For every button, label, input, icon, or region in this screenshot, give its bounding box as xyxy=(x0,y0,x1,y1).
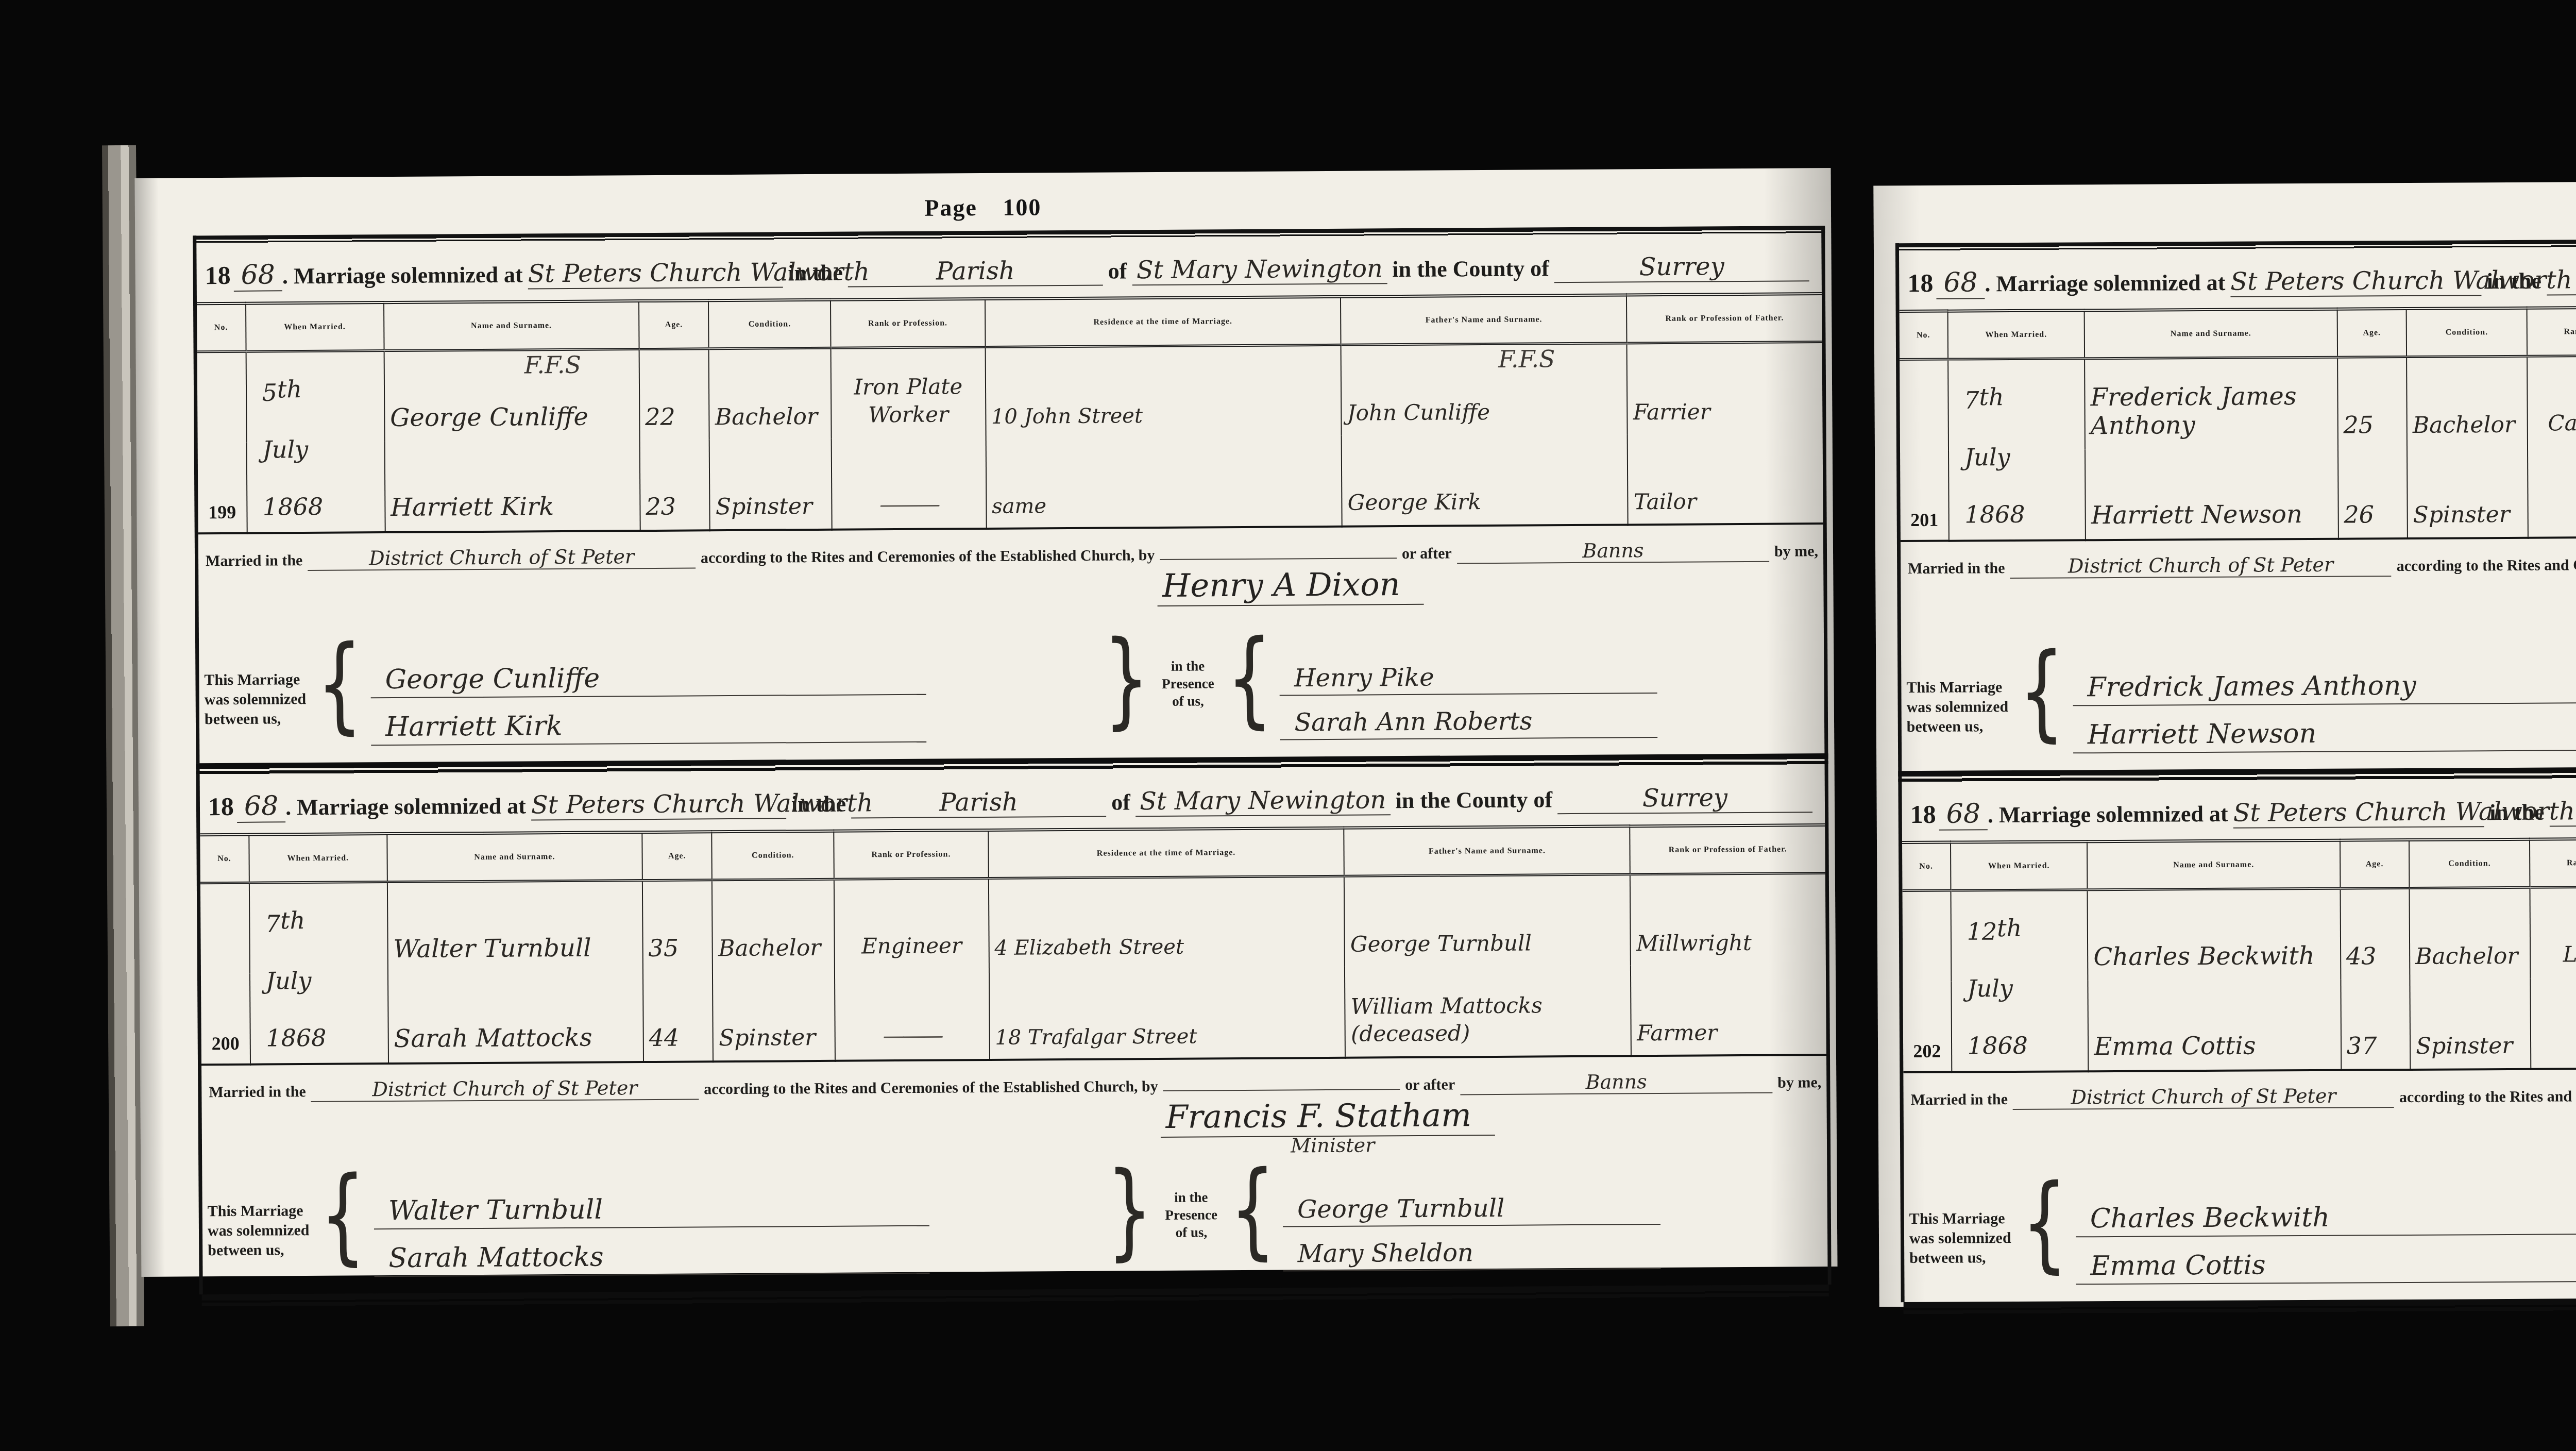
bride-signature: Sarah Mattocks xyxy=(374,1240,929,1277)
col-header-age: Age. xyxy=(2340,840,2410,888)
col-header-no: No. xyxy=(200,835,249,883)
col-header-age: Age. xyxy=(639,300,709,349)
church-blank: St Peters Church Walworth xyxy=(531,789,786,820)
handwritten-married-in: District Church of St Peter xyxy=(2068,553,2333,578)
minister-signature: Henry A Dixon xyxy=(1157,565,1424,606)
handwritten-church: St Peters Church Walworth xyxy=(528,257,870,288)
handwritten-county: Surrey xyxy=(1642,783,1728,813)
printed-rites: according to the Rites and Ceremonies of… xyxy=(2399,1086,2576,1106)
groom-father-rank-cell: Millwright xyxy=(1630,873,1826,966)
married-in-block: Married in the District Church of St Pet… xyxy=(1903,1065,2576,1167)
marriage-record-202: 18 68 . Marriage solemnized at St Peters… xyxy=(1898,763,2576,1302)
bride-rank-cell: ——— xyxy=(832,438,987,530)
church-blank: St Peters Church Walworth xyxy=(2233,797,2484,829)
minister-title: Minister xyxy=(1291,1134,1375,1157)
date-stack: 7th July 1868 xyxy=(255,902,383,1054)
register-header-line: 18 68 . Marriage solemnized at St Peters… xyxy=(196,234,1822,302)
date-month: July xyxy=(1967,974,2080,1002)
closing-brace: } xyxy=(1103,598,1150,771)
county-blank: Surrey xyxy=(1554,251,1809,283)
witness-signatures: George Turnbull Mary Sheldon xyxy=(1276,1152,1824,1274)
by-licence-blank xyxy=(1160,558,1397,560)
record-number: 202 xyxy=(1902,890,1952,1072)
by-licence-blank xyxy=(1163,1089,1400,1091)
bride-rank-cell: ——— xyxy=(835,969,990,1061)
col-header-no: No. xyxy=(197,303,246,352)
table-row-groom: 199 5th July 1868 F.F.SGeorge Cunliffe 2… xyxy=(197,342,1823,443)
register-header-line: 18 68 . Marriage solemnized at St Peters… xyxy=(1902,775,2576,841)
date-month: July xyxy=(265,966,380,994)
marriage-register-table: No. When Married. Name and Surname. Age.… xyxy=(1902,833,2576,1073)
bride-condition-cell: Spinster xyxy=(2410,978,2531,1070)
solemnized-block: This Marriage was solemnized between us,… xyxy=(199,618,1825,763)
date-stack: 5th July 1868 xyxy=(251,370,379,522)
groom-condition-cell: Bachelor xyxy=(2406,356,2528,448)
page-sections: 18 68 . Marriage solemnized at St Peters… xyxy=(1895,235,2576,1315)
bride-condition-cell: Spinster xyxy=(713,970,835,1061)
printed-year-prefix: 18 xyxy=(205,260,230,290)
printed-married-in: Married in the xyxy=(209,1083,306,1101)
witness-brace: { xyxy=(1226,597,1273,770)
col-header-no: No. xyxy=(1900,311,1948,360)
clergy-initials-note: F.F.S xyxy=(524,351,582,379)
closing-brace: } xyxy=(1106,1129,1153,1303)
this-marriage-label: This Marriage was solemnized between us, xyxy=(204,630,317,750)
col-header-condition: Condition. xyxy=(712,831,834,880)
date-day: 12th xyxy=(1967,914,2080,945)
parish-blank: St Mary Newington xyxy=(1136,785,1391,817)
when-married-cell: 12th July 1868 xyxy=(1951,890,2088,1072)
printed-or-after: or after xyxy=(1405,1076,1455,1094)
page-number-label: Page 100 xyxy=(135,168,1832,236)
printed-county-of: in the County of xyxy=(1395,786,1552,814)
date-day: 7th xyxy=(265,906,380,938)
witness-signature-1: Henry Pike xyxy=(1280,662,1657,696)
col-header-rank: Rank or Profession. xyxy=(2530,838,2576,887)
record-number: 201 xyxy=(1900,359,1949,541)
groom-father-rank-cell: Farrier xyxy=(1627,342,1823,434)
groom-father-cell: George Turnbull xyxy=(1344,874,1631,967)
area-type-blank: Parish xyxy=(851,787,1106,819)
handwritten-county: Surrey xyxy=(1639,252,1724,281)
groom-age-cell: 25 xyxy=(2337,357,2407,448)
col-header-name: Name and Surname. xyxy=(2087,840,2340,890)
col-header-residence: Residence at the time of Marriage. xyxy=(988,828,1344,879)
register-page-left: Page 100 18 68 . Marriage solemnized at … xyxy=(135,168,1838,1277)
witness-signature-2: Sarah Ann Roberts xyxy=(1280,706,1657,740)
groom-signature: Fredrick James Anthony xyxy=(2073,669,2576,706)
when-married-cell: 7th July 1868 xyxy=(249,882,388,1065)
handwritten-year: 68 xyxy=(233,259,282,292)
married-in-block: Married in the District Church of St Pet… xyxy=(1901,534,2576,636)
date-month: July xyxy=(262,435,377,463)
printed-year-prefix: 18 xyxy=(1910,799,1936,829)
banns-blank: Banns xyxy=(1457,538,1769,564)
married-in-blank: District Church of St Peter xyxy=(308,545,696,571)
groom-signature: Walter Turnbull xyxy=(374,1192,929,1230)
area-type-blank: Parish xyxy=(2547,264,2576,296)
table-row-bride: Harriett Kirk 23 Spinster ——— same Georg… xyxy=(198,433,1823,533)
col-header-condition: Condition. xyxy=(2409,839,2530,888)
bride-name-cell: Harriett Kirk xyxy=(384,440,640,532)
printed-year-prefix: 18 xyxy=(208,791,234,821)
bride-condition-cell: Spinster xyxy=(2407,447,2528,538)
handwritten-banns: Banns xyxy=(1582,539,1643,562)
col-header-when-married: When Married. xyxy=(249,834,387,883)
col-header-father-rank: Rank or Profession of Father. xyxy=(1630,825,1825,874)
handwritten-married-in: District Church of St Peter xyxy=(369,545,634,569)
handwritten-parish: St Mary Newington xyxy=(1137,254,1383,284)
witness-signature-1: George Turnbull xyxy=(1283,1193,1660,1227)
handwritten-church: St Peters Church Walworth xyxy=(531,788,873,819)
col-header-father-rank: Rank or Profession of Father. xyxy=(1626,294,1822,343)
date-day: 5th xyxy=(262,375,376,407)
col-header-age: Age. xyxy=(2337,309,2406,357)
groom-rank-cell: Laborer xyxy=(2530,887,2576,978)
bride-age-cell: 26 xyxy=(2338,448,2408,539)
groom-name-cell: Frederick James Anthony xyxy=(2084,357,2337,449)
clergy-initials-note: F.F.S xyxy=(1498,345,1555,373)
area-type-blank: Parish xyxy=(848,256,1103,288)
groom-condition-cell: Bachelor xyxy=(2410,887,2531,979)
col-header-name: Name and Surname. xyxy=(387,832,642,882)
handwritten-married-in: District Church of St Peter xyxy=(2071,1085,2336,1109)
this-marriage-label: This Marriage was solemnized between us, xyxy=(207,1161,320,1281)
page-sections: 18 68 . Marriage solemnized at St Peters… xyxy=(193,226,1832,1308)
groom-signature: George Cunliffe xyxy=(370,661,926,699)
solemnized-block: This Marriage was solemnized between us,… xyxy=(202,1150,1828,1294)
this-marriage-label: This Marriage was solemnized between us, xyxy=(1909,1169,2022,1289)
this-marriage-label: This Marriage was solemnized between us, xyxy=(1906,637,2019,757)
bride-name-cell: Sarah Mattocks xyxy=(388,971,643,1064)
col-header-no: No. xyxy=(1902,842,1951,891)
groom-father-cell: F.F.SJohn Cunliffe xyxy=(1341,343,1628,436)
printed-married-in: Married in the xyxy=(1908,560,2005,578)
married-in-block: Married in the District Church of St Pet… xyxy=(198,525,1824,628)
col-header-condition: Condition. xyxy=(708,300,831,349)
marriage-register-table: No. When Married. Name and Surname. Age.… xyxy=(1900,301,2576,542)
bride-father-cell: George Kirk xyxy=(1342,434,1628,526)
groom-rank-cell: Iron Plate Worker xyxy=(831,347,986,438)
col-header-father: Father's Name and Surname. xyxy=(1344,826,1631,876)
handwritten-area-type: Parish xyxy=(939,788,1018,817)
bride-signature: Emma Cottis xyxy=(2076,1248,2576,1285)
groom-signature: Charles Beckwith xyxy=(2076,1201,2576,1238)
date-year: 1868 xyxy=(263,492,377,520)
printed-rites: according to the Rites and Ceremonies of… xyxy=(704,1078,1158,1098)
marriage-register-table: No. When Married. Name and Surname. Age.… xyxy=(197,292,1823,534)
handwritten-married-in: District Church of St Peter xyxy=(372,1076,637,1101)
groom-residence-cell: 4 Elizabeth Street xyxy=(988,876,1345,969)
bride-age-cell: 23 xyxy=(639,440,710,531)
printed-marriage-solemnized: . Marriage solemnized at xyxy=(1985,269,2225,297)
printed-or-after: or after xyxy=(1402,545,1452,563)
handwritten-banns: Banns xyxy=(1586,1070,1647,1093)
groom-age-cell: 43 xyxy=(2340,888,2410,979)
printed-married-in: Married in the xyxy=(1911,1091,2008,1109)
married-in-blank: District Church of St Peter xyxy=(311,1076,699,1102)
bride-father-cell: William Mattocks (deceased) xyxy=(1345,965,1631,1057)
solemnized-block: This Marriage was solemnized between us,… xyxy=(1904,1159,2576,1302)
minister-signature: Francis F. Statham xyxy=(1160,1096,1495,1138)
bride-age-cell: 37 xyxy=(2341,979,2410,1070)
groom-rank-cell: Carpenter xyxy=(2527,356,2576,447)
col-header-rank: Rank or Profession. xyxy=(831,299,985,348)
col-header-condition: Condition. xyxy=(2406,308,2528,357)
parish-blank: St Mary Newington xyxy=(1132,254,1387,285)
groom-name-cell: F.F.SGeorge Cunliffe xyxy=(384,349,639,442)
printed-rites: according to the Rites and Ceremonies of… xyxy=(701,547,1155,567)
record-number: 199 xyxy=(197,351,247,533)
opening-brace: { xyxy=(319,1134,366,1307)
printed-of: of xyxy=(1111,789,1130,815)
marriage-record-199: 18 68 . Marriage solemnized at St Peters… xyxy=(193,226,1828,763)
groom-rank-cell: Engineer xyxy=(834,878,989,970)
bride-signature: Harriett Newson xyxy=(2073,717,2576,754)
bride-residence-cell: 18 Trafalgar Street xyxy=(989,967,1346,1060)
groom-age-cell: 35 xyxy=(642,880,713,971)
col-header-rank: Rank or Profession. xyxy=(2527,307,2576,356)
printed-rites: according to the Rites and Ceremonies of… xyxy=(2397,555,2576,575)
col-header-name: Name and Surname. xyxy=(384,301,639,351)
presence-label: in the Presence of us, xyxy=(1152,1155,1230,1275)
bride-name-cell: Harriett Newson xyxy=(2085,448,2338,541)
record-number: 200 xyxy=(200,883,250,1065)
printed-by-me: by me, xyxy=(1774,543,1818,561)
table-row-bride: Sarah Mattocks 44 Spinster ——— 18 Trafal… xyxy=(201,964,1826,1065)
date-year: 1868 xyxy=(1968,1031,2081,1059)
married-in-blank: District Church of St Peter xyxy=(2013,1084,2394,1110)
printed-marriage-solemnized: . Marriage solemnized at xyxy=(285,792,526,820)
marriage-record-200: 18 68 . Marriage solemnized at St Peters… xyxy=(196,753,1831,1294)
handwritten-year: 68 xyxy=(1936,267,1985,299)
register-page-right: Page 101 18 68 . Marriage solemnized at … xyxy=(1873,177,2576,1307)
printed-of: of xyxy=(1108,258,1127,284)
table-row-groom: 200 7th July 1868 Walter Turnbull 35 Bac… xyxy=(200,873,1826,974)
marriage-record-201: 18 68 . Marriage solemnized at St Peters… xyxy=(1895,235,2576,771)
date-year: 1868 xyxy=(266,1023,380,1052)
church-blank: St Peters Church Walworth xyxy=(2230,266,2482,297)
page-number-label: Page 101 xyxy=(1873,177,2576,244)
printed-by-me: by me, xyxy=(1777,1074,1821,1092)
bride-father-rank-cell: Tailor xyxy=(1628,433,1823,525)
printed-marriage-solemnized: . Marriage solemnized at xyxy=(282,261,523,289)
marriage-register-table: No. When Married. Name and Surname. Age.… xyxy=(200,823,1826,1066)
col-header-rank: Rank or Profession. xyxy=(834,830,988,879)
col-header-residence: Residence at the time of Marriage. xyxy=(985,297,1341,347)
printed-marriage-solemnized: . Marriage solemnized at xyxy=(1988,801,2228,828)
groom-name-cell: Walter Turnbull xyxy=(387,881,643,973)
handwritten-parish: St Mary Newington xyxy=(1140,785,1386,816)
handwritten-area-type: Parish xyxy=(936,257,1015,286)
when-married-cell: 5th July 1868 xyxy=(246,351,385,533)
banns-blank: Banns xyxy=(1460,1070,1772,1095)
groom-age-cell: 22 xyxy=(639,349,709,440)
printed-county-of: in the County of xyxy=(1392,255,1549,282)
opening-brace: { xyxy=(316,602,363,776)
table-row-groom: 201 7th July 1868 Frederick James Anthon… xyxy=(1900,351,2576,450)
table-header-row: No. When Married. Name and Surname. Age.… xyxy=(1902,834,2576,891)
date-stack: 7th July 1868 xyxy=(1954,378,2080,530)
col-header-name: Name and Surname. xyxy=(2084,309,2337,359)
church-blank: St Peters Church Walworth xyxy=(528,258,783,289)
couple-signatures: George Cunliffe Harriett Kirk xyxy=(362,625,1104,749)
bride-age-cell: 44 xyxy=(643,971,714,1062)
opening-brace: { xyxy=(2021,1141,2068,1315)
couple-signatures: Fredrick James Anthony Harriett Newson xyxy=(2064,633,2576,756)
couple-signatures: Walter Turnbull Sarah Mattocks xyxy=(365,1156,1107,1280)
date-day: 7th xyxy=(1964,382,2077,414)
col-header-when-married: When Married. xyxy=(1947,310,2084,359)
handwritten-year: 68 xyxy=(1939,798,1988,830)
witness-signature-2: Mary Sheldon xyxy=(1283,1237,1661,1271)
married-in-blank: District Church of St Peter xyxy=(2010,553,2391,579)
bride-signature: Harriett Kirk xyxy=(371,708,926,746)
married-in-block: Married in the District Church of St Pet… xyxy=(201,1056,1827,1159)
col-header-when-married: When Married. xyxy=(1951,841,2088,890)
groom-condition-cell: Bachelor xyxy=(712,879,835,971)
county-blank: Surrey xyxy=(1557,783,1812,814)
bride-rank-cell: ——— xyxy=(2528,446,2576,538)
presence-label: in the Presence of us, xyxy=(1149,624,1227,744)
col-header-when-married: When Married. xyxy=(246,302,384,351)
bride-residence-cell: same xyxy=(986,436,1342,529)
groom-condition-cell: Bachelor xyxy=(709,348,832,440)
area-type-blank: Parish xyxy=(2549,796,2576,827)
register-header-line: 18 68 . Marriage solemnized at St Peters… xyxy=(200,766,1825,833)
when-married-cell: 7th July 1868 xyxy=(1948,359,2086,541)
handwritten-church: St Peters Church Walworth xyxy=(2230,265,2572,296)
couple-signatures: Charles Beckwith Emma Cottis xyxy=(2067,1165,2576,1288)
table-header-row: No. When Married. Name and Surname. Age.… xyxy=(1900,303,2576,360)
bride-father-rank-cell: Farmer xyxy=(1631,964,1826,1056)
printed-married-in: Married in the xyxy=(206,552,303,570)
witness-signatures: Henry Pike Sarah Ann Roberts xyxy=(1272,620,1820,743)
table-row-groom: 202 12th July 1868 Charles Beckwith 43 B… xyxy=(1902,882,2576,982)
handwritten-year: 68 xyxy=(237,790,286,823)
printed-year-prefix: 18 xyxy=(1907,268,1933,298)
date-month: July xyxy=(1964,443,2078,471)
groom-residence-cell: 10 John Street xyxy=(985,345,1342,438)
col-header-age: Age. xyxy=(642,832,712,880)
bride-rank-cell: ——— xyxy=(2531,977,2576,1069)
handwritten-church: St Peters Church Walworth xyxy=(2233,797,2575,827)
groom-name-cell: Charles Beckwith xyxy=(2088,888,2341,981)
opening-brace: { xyxy=(2019,610,2065,784)
date-stack: 12th July 1868 xyxy=(1956,909,2082,1061)
witness-brace: { xyxy=(1229,1128,1276,1302)
solemnized-block: This Marriage was solemnized between us,… xyxy=(1901,628,2576,771)
col-header-father: Father's Name and Surname. xyxy=(1341,295,1627,345)
bride-condition-cell: Spinster xyxy=(709,439,832,530)
register-header-line: 18 68 . Marriage solemnized at St Peters… xyxy=(1899,244,2576,310)
bride-name-cell: Emma Cottis xyxy=(2088,980,2341,1072)
date-year: 1868 xyxy=(1964,500,2078,528)
